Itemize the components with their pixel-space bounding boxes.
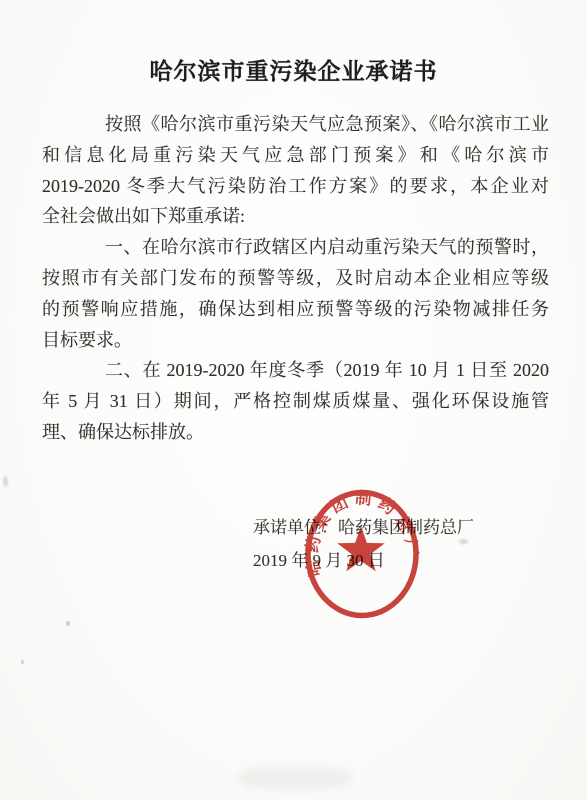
- body-line: 理、确保达标排放。: [42, 417, 549, 448]
- signature-date-line: 2019 年 9 月 30 日: [253, 544, 474, 577]
- body-line: 按照《哈尔滨市重污染天气应急预案》、《哈尔滨市工业: [42, 109, 549, 140]
- signature-block: 承诺单位：哈药集团制药总厂 2019 年 9 月 30 日: [253, 511, 474, 577]
- body-line: 全社会做出如下郑重承诺:: [42, 201, 549, 232]
- scan-speck: [66, 621, 70, 626]
- document-body: 按照《哈尔滨市重污染天气应急预案》、《哈尔滨市工业 和信息化局重污染天气应急部门…: [42, 109, 549, 448]
- body-line: 2019-2020 冬季大气污染防治工作方案》的要求，本企业对: [42, 171, 549, 202]
- scan-speck: [21, 660, 24, 664]
- scan-smudge: [238, 766, 353, 790]
- scanned-document-page: 哈尔滨市重污染企业承诺书 按照《哈尔滨市重污染天气应急预案》、《哈尔滨市工业 和…: [0, 0, 587, 800]
- scan-speck: [3, 476, 8, 487]
- body-line: 年 5 月 31 日）期间，严格控制煤质煤量、强化环保设施管: [42, 386, 549, 417]
- body-line: 目标要求。: [42, 325, 549, 356]
- document-title: 哈尔滨市重污染企业承诺书: [0, 53, 587, 86]
- body-line: 按照市有关部门发布的预警等级，及时启动本企业相应等级: [42, 263, 549, 294]
- body-line: 一、在哈尔滨市行政辖区内启动重污染天气的预警时，: [42, 232, 549, 263]
- body-line: 二、在 2019-2020 年度冬季（2019 年 10 月 1 日至 2020: [42, 355, 549, 386]
- scan-speck: [459, 539, 468, 544]
- signature-unit-line: 承诺单位：哈药集团制药总厂: [253, 511, 474, 544]
- body-line: 的预警响应措施，确保达到相应预警等级的污染物减排任务: [42, 294, 549, 325]
- body-line: 和信息化局重污染天气应急部门预案》和《哈尔滨市: [42, 140, 549, 171]
